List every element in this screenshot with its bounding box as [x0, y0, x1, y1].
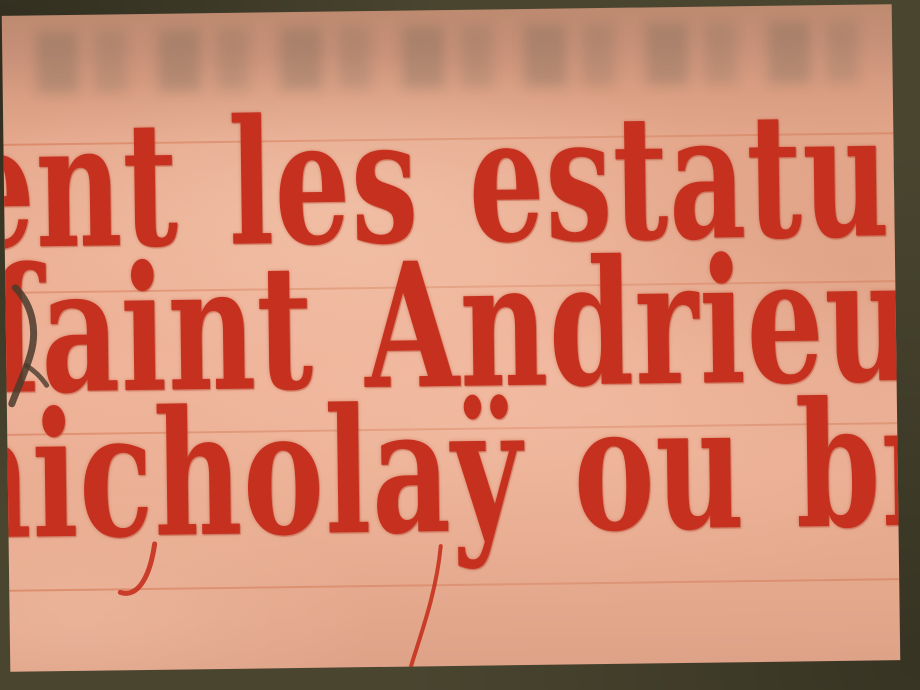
- parchment-page: ent les estatus des ſaint Andrieu. et ni…: [2, 4, 901, 672]
- manuscript-photo: ent les estatus des ſaint Andrieu. et ni…: [0, 0, 920, 690]
- manuscript-text-line-3: nicholaÿ ou bruil: [2, 377, 901, 565]
- ruling-line-4: [9, 578, 899, 592]
